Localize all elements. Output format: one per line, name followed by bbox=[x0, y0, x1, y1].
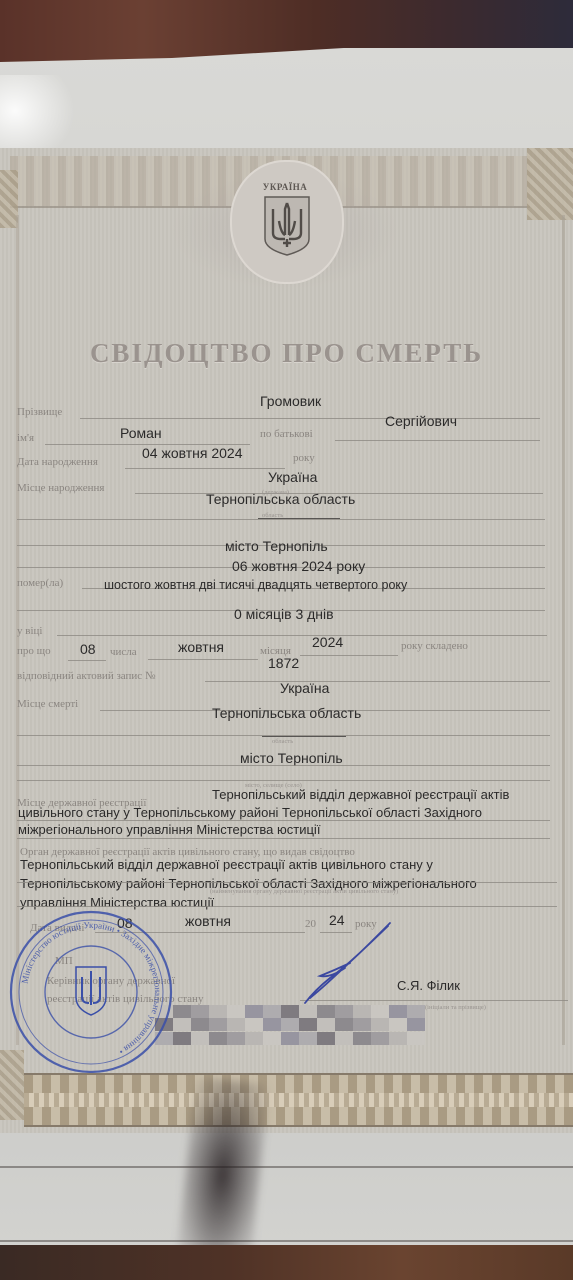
issue-month-value: жовтня bbox=[185, 913, 231, 929]
surname-label: Прізвище bbox=[17, 406, 62, 418]
sleeve-edge bbox=[0, 1240, 573, 1242]
redaction-pixel bbox=[227, 1018, 245, 1031]
authority-line1: Тернопільський відділ державної реєстрац… bbox=[20, 857, 433, 872]
background-table bbox=[0, 1245, 573, 1280]
registration-place-line3: міжрегіонального управління Міністерства… bbox=[18, 822, 320, 837]
given-name-value: Роман bbox=[120, 425, 162, 441]
redaction-pixel bbox=[227, 1005, 245, 1018]
name-hint: (ініціали та прізвище) bbox=[425, 1004, 486, 1011]
redaction-pixel bbox=[191, 1018, 209, 1031]
redaction-pixel bbox=[389, 1032, 407, 1045]
redaction-pixel bbox=[353, 1032, 371, 1045]
death-city-value: місто Тернопіль bbox=[240, 750, 343, 766]
birth-date-suffix: року bbox=[293, 452, 315, 464]
record-number-value: 1872 bbox=[268, 655, 299, 671]
redacted-number bbox=[155, 1005, 425, 1045]
field-line bbox=[335, 440, 540, 441]
death-region-value: Тернопільська область bbox=[212, 705, 361, 721]
redaction-pixel bbox=[227, 1032, 245, 1045]
death-place-label: Місце смерті bbox=[17, 698, 78, 710]
redaction-pixel bbox=[191, 1005, 209, 1018]
field-line bbox=[80, 418, 540, 419]
registration-place-line1: Тернопільський відділ державної реєстрац… bbox=[212, 787, 509, 802]
redaction-pixel bbox=[281, 1032, 299, 1045]
about-label: про що bbox=[17, 645, 51, 657]
field-line bbox=[17, 838, 550, 839]
field-line bbox=[17, 519, 545, 520]
sleeve-edge bbox=[0, 1166, 573, 1168]
redaction-pixel bbox=[353, 1005, 371, 1018]
redaction-pixel bbox=[389, 1005, 407, 1018]
document-title: СВІДОЦТВО ПРО СМЕРТЬ bbox=[0, 338, 573, 369]
field-line bbox=[57, 635, 547, 636]
authority-hint: (найменування органу державної реєстраці… bbox=[210, 888, 398, 895]
head-name-value: С.Я. Філик bbox=[397, 978, 460, 993]
died-label: помер(ла) bbox=[17, 577, 63, 589]
redaction-pixel bbox=[371, 1032, 389, 1045]
redaction-pixel bbox=[317, 1018, 335, 1031]
death-date-value: 06 жовтня 2024 року bbox=[232, 558, 365, 574]
redaction-pixel bbox=[245, 1018, 263, 1031]
redaction-pixel bbox=[263, 1005, 281, 1018]
day-word-label: числа bbox=[110, 646, 137, 658]
redaction-pixel bbox=[281, 1018, 299, 1031]
field-line bbox=[17, 780, 550, 781]
field-line bbox=[68, 660, 106, 661]
redaction-pixel bbox=[245, 1005, 263, 1018]
redaction-pixel bbox=[191, 1032, 209, 1045]
official-stamp: Міністерство юстиції України • Західне м… bbox=[6, 905, 176, 1080]
birth-date-value: 04 жовтня 2024 bbox=[142, 445, 243, 461]
redaction-pixel bbox=[335, 1032, 353, 1045]
redaction-pixel bbox=[281, 1005, 299, 1018]
given-name-label: ім'я bbox=[17, 432, 34, 444]
surname-value: Громовик bbox=[260, 393, 321, 409]
redaction-pixel bbox=[407, 1005, 425, 1018]
region-hint-2: область bbox=[272, 738, 293, 745]
field-line bbox=[17, 765, 550, 766]
redaction-pixel bbox=[299, 1018, 317, 1031]
redaction-pixel bbox=[209, 1032, 227, 1045]
birth-date-label: Дата народження bbox=[17, 456, 98, 468]
ornament-corner bbox=[527, 148, 573, 220]
redaction-pixel bbox=[353, 1018, 371, 1031]
field-line bbox=[17, 882, 557, 883]
redaction-pixel bbox=[317, 1005, 335, 1018]
patronymic-label: по батькові bbox=[260, 428, 313, 440]
year-compiled-label: року складено bbox=[401, 640, 468, 652]
birth-city-value: місто Тернопіль bbox=[225, 538, 328, 554]
trident-icon bbox=[263, 195, 311, 257]
record-number-label: відповідний актовий запис № bbox=[17, 670, 155, 682]
redaction-pixel bbox=[317, 1032, 335, 1045]
field-line bbox=[205, 681, 550, 682]
redaction-pixel bbox=[335, 1018, 353, 1031]
redaction-pixel bbox=[209, 1005, 227, 1018]
redaction-pixel bbox=[263, 1018, 281, 1031]
field-line bbox=[125, 468, 285, 469]
record-day-value: 08 bbox=[80, 641, 96, 657]
redaction-pixel bbox=[263, 1032, 281, 1045]
birth-region-value: Тернопільська область bbox=[206, 491, 355, 507]
state-emblem: УКРАЇНА bbox=[170, 155, 400, 305]
region-hint: область bbox=[262, 512, 283, 519]
birth-place-label: Місце народження bbox=[17, 482, 104, 494]
field-line bbox=[148, 659, 258, 660]
ornamental-border-bottom bbox=[24, 1073, 573, 1127]
redaction-pixel bbox=[407, 1032, 425, 1045]
age-label: у віці bbox=[17, 625, 42, 637]
registration-place-line2: цивільного стану у Тернопільському район… bbox=[18, 805, 482, 820]
redaction-pixel bbox=[371, 1005, 389, 1018]
birth-country-value: Україна bbox=[268, 469, 317, 485]
death-date-words-value: шостого жовтня дві тисячі двадцять четве… bbox=[104, 578, 407, 592]
death-country-value: Україна bbox=[280, 680, 329, 696]
redaction-pixel bbox=[407, 1018, 425, 1031]
field-line bbox=[300, 655, 398, 656]
signature bbox=[290, 918, 400, 1008]
emblem-label: УКРАЇНА bbox=[170, 182, 400, 192]
redaction-pixel bbox=[209, 1018, 227, 1031]
redaction-pixel bbox=[335, 1005, 353, 1018]
field-line bbox=[17, 820, 550, 821]
redaction-pixel bbox=[371, 1018, 389, 1031]
redaction-pixel bbox=[389, 1018, 407, 1031]
region-underline bbox=[262, 736, 346, 737]
redaction-pixel bbox=[299, 1032, 317, 1045]
redaction-pixel bbox=[299, 1005, 317, 1018]
redaction-pixel bbox=[245, 1032, 263, 1045]
age-value: 0 місяців 3 днів bbox=[234, 606, 334, 622]
patronymic-value: Сергійович bbox=[385, 413, 457, 429]
record-month-value: жовтня bbox=[178, 639, 224, 655]
record-year-value: 2024 bbox=[312, 634, 343, 650]
